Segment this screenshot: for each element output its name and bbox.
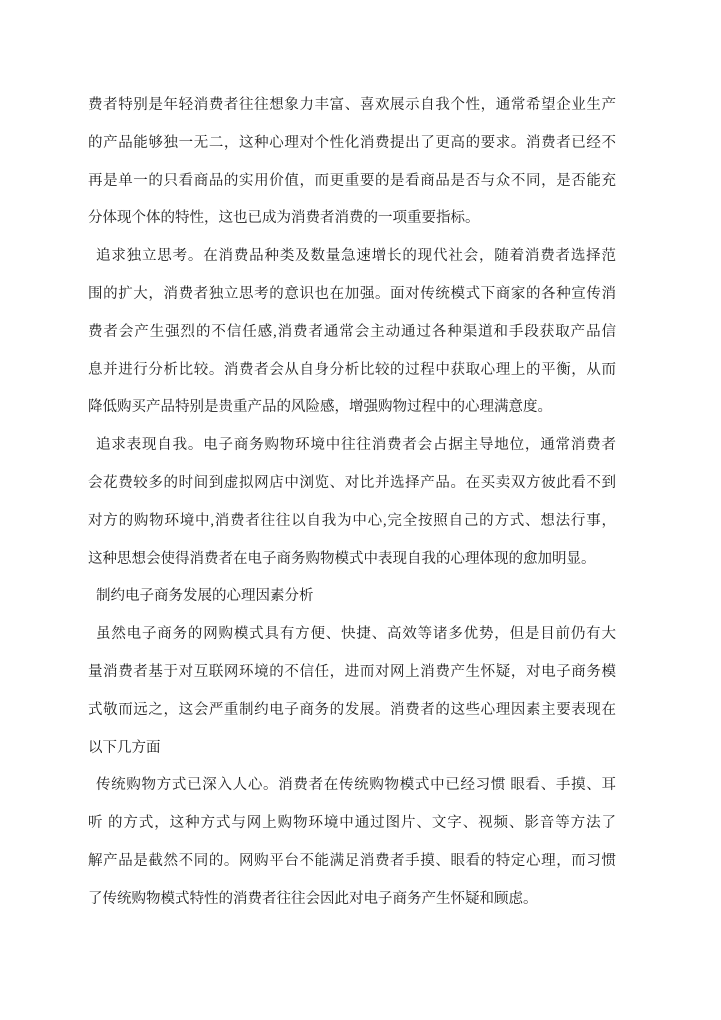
independent-thinking-line-3: 费者会产生强烈的不信任感,消费者通常会主动通过各种渠道和手段获取产品信	[88, 314, 616, 352]
personalized-consumption-line-2: 的产品能够独一无二，这种心理对个性化消费提出了更高的要求。消费者已经不	[88, 125, 616, 163]
document-page: 费者特别是年轻消费者往往想象力丰富、喜欢展示自我个性，通常希望企业生产的产品能够…	[0, 0, 721, 1020]
independent-thinking-line-4: 息并进行分析比较。消费者会从自身分析比较的过程中获取心理上的平衡，从而	[88, 352, 616, 390]
personalized-consumption-line-1: 费者特别是年轻消费者往往想象力丰富、喜欢展示自我个性，通常希望企业生产	[88, 87, 616, 125]
traditional-shopping-habit-line-3: 解产品是截然不同的。网购平台不能满足消费者手摸、眼看的特定心理，而习惯	[88, 843, 616, 881]
traditional-shopping-habit-line-2: 听 的方式，这种方式与网上购物环境中通过图片、文字、视频、影音等方法了	[88, 805, 616, 843]
independent-thinking-line-1: 追求独立思考。在消费品种类及数量急速增长的现代社会，随着消费者选择范	[88, 238, 616, 276]
distrust-of-internet-line-1: 虽然电子商务的网购模式具有方便、快捷、高效等诸多优势，但是目前仍有大	[88, 616, 616, 654]
distrust-of-internet-line-4: 以下几方面	[88, 730, 616, 768]
independent-thinking-line-5: 降低购买产品特别是贵重产品的风险感，增强购物过程中的心理满意度。	[88, 389, 616, 427]
distrust-of-internet-line-2: 量消费者基于对互联网环境的不信任，进而对网上消费产生怀疑，对电子商务模	[88, 654, 616, 692]
personalized-consumption-line-3: 再是单一的只看商品的实用价值，而更重要的是看商品是否与众不同，是否能充	[88, 163, 616, 201]
independent-thinking-line-2: 围的扩大，消费者独立思考的意识也在加强。面对传统模式下商家的各种宣传消	[88, 276, 616, 314]
personalized-consumption-line-4: 分体现个体的特性，这也已成为消费者消费的一项重要指标。	[88, 200, 616, 238]
traditional-shopping-habit-line-1: 传统购物方式已深入人心。消费者在传统购物模式中已经习惯 眼看、手摸、耳	[88, 767, 616, 805]
self-expression-line-3: 对方的购物环境中,消费者往往以自我为中心,完全按照自己的方式、想法行事，	[88, 503, 616, 541]
traditional-shopping-habit-line-4: 了传统购物模式特性的消费者往往会因此对电子商务产生怀疑和顾虑。	[88, 881, 616, 919]
distrust-of-internet-line-3: 式敬而远之，这会严重制约电子商务的发展。消费者的这些心理因素主要表现在	[88, 692, 616, 730]
document-body: 费者特别是年轻消费者往往想象力丰富、喜欢展示自我个性，通常希望企业生产的产品能够…	[88, 87, 616, 919]
self-expression-line-2: 会花费较多的时间到虚拟网店中浏览、对比并选择产品。在买卖双方彼此看不到	[88, 465, 616, 503]
section-heading-psychological-factors-line-1: 制约电子商务发展的心理因素分析	[88, 578, 616, 616]
self-expression-line-1: 追求表现自我。电子商务购物环境中往往消费者会占据主导地位，通常消费者	[88, 427, 616, 465]
self-expression-line-4: 这种思想会使得消费者在电子商务购物模式中表现自我的心理体现的愈加明显。	[88, 541, 616, 579]
